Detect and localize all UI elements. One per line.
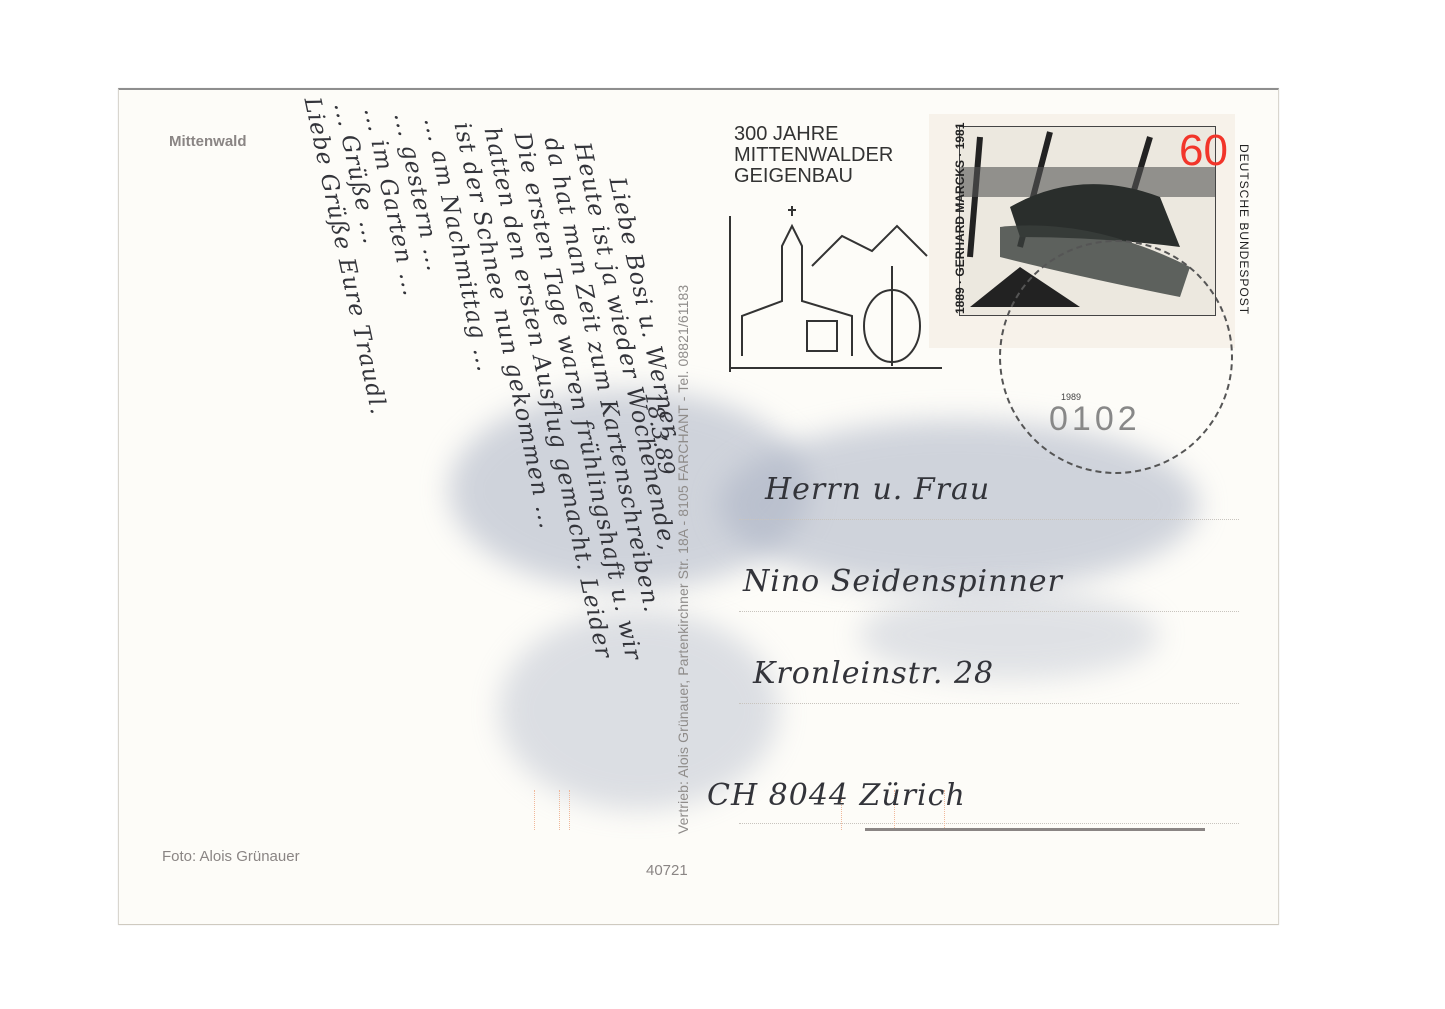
city-underline [865, 828, 1205, 831]
cancellation-code: 0102 [1049, 400, 1141, 439]
address-line-name: Nino Seidenspinner [743, 564, 1063, 599]
address-line-city: CH 8044 Zürich [707, 778, 966, 813]
card-title: Mittenwald [169, 133, 247, 150]
address-rule [739, 518, 1239, 520]
handwritten-message: Liebe Bosi u. Werner, Heute ist ja wiede… [159, 170, 779, 930]
stamp-value: 60 [1179, 126, 1228, 176]
postcode-tick [534, 790, 536, 830]
address-rule [739, 702, 1239, 704]
postcode-tick [569, 790, 571, 830]
stamp-artist: 1889 · GERHARD MARCKS · 1981 [953, 123, 967, 314]
address-line-salutation: Herrn u. Frau [765, 472, 990, 507]
postcode-tick [559, 790, 561, 830]
address-rule [739, 822, 1239, 824]
stamp-country: DEUTSCHE BUNDESPOST [1237, 144, 1251, 315]
address-line-street: Kronleinstr. 28 [753, 656, 994, 691]
postcard: Mittenwald Foto: Alois Grünauer 40721 Ve… [118, 88, 1279, 925]
address-rule [739, 610, 1239, 612]
